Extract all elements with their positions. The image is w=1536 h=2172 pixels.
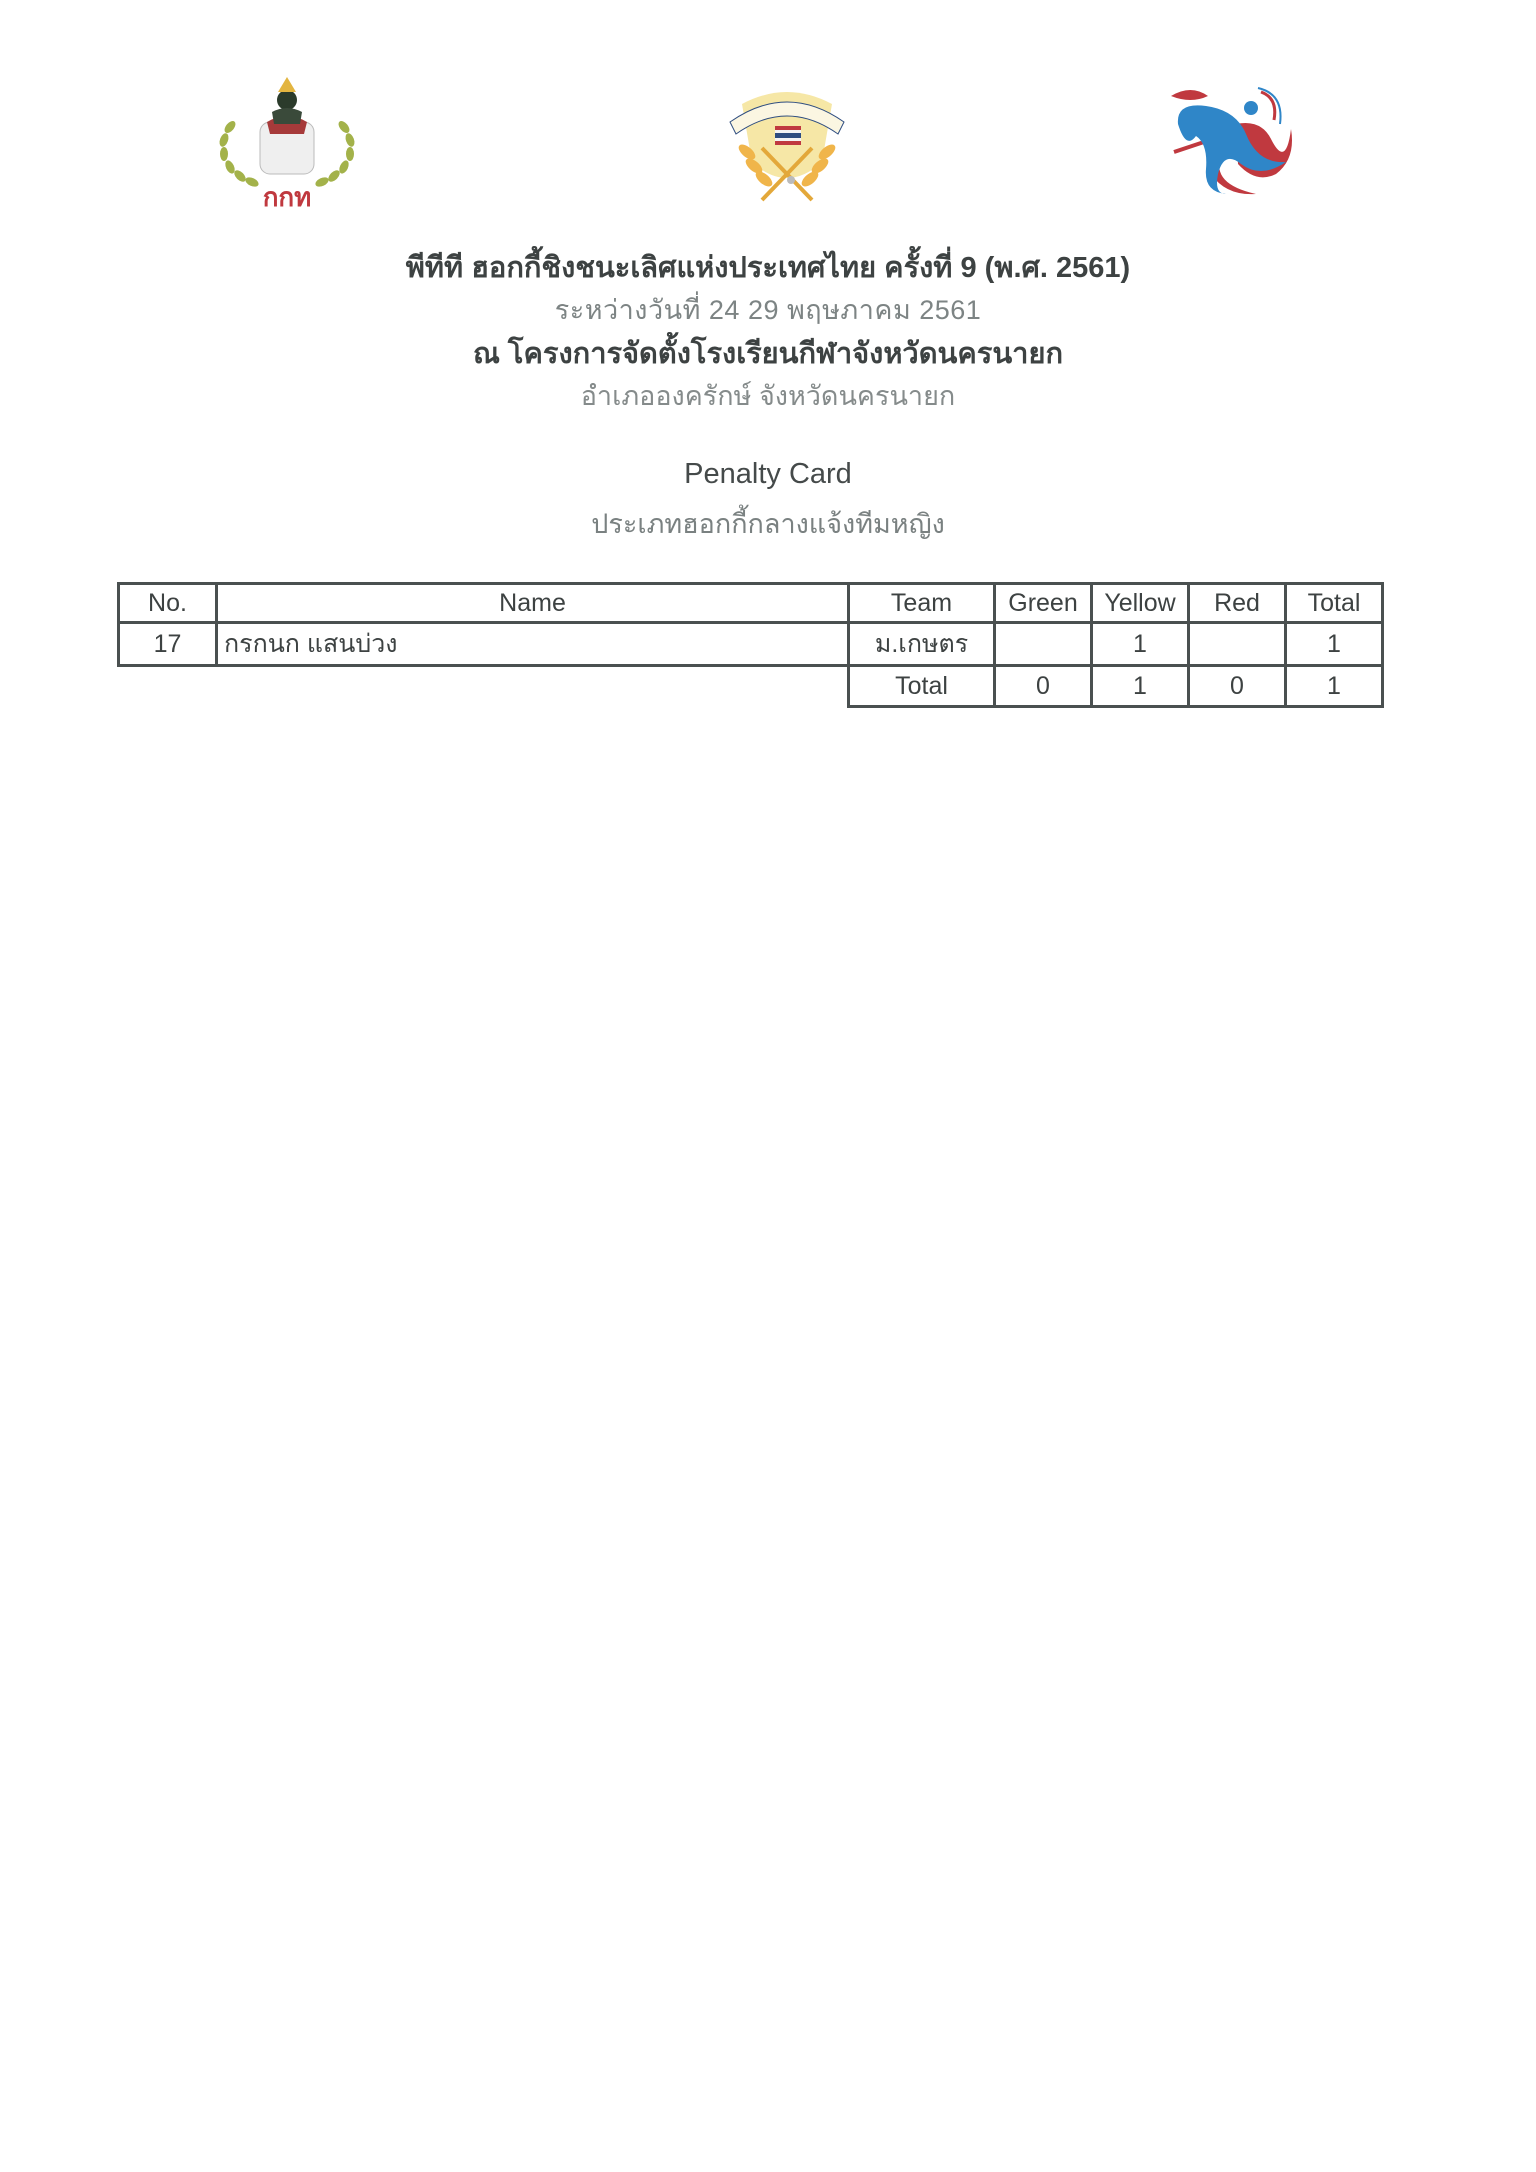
hockey-player-logo: [1166, 84, 1306, 198]
grand-total: 1: [1286, 666, 1383, 707]
report-subtitle: ประเภทฮอกกี้กลางแจ้งทีมหญิง: [0, 502, 1536, 545]
totals-label: Total: [849, 666, 995, 707]
report-title: Penalty Card: [0, 458, 1536, 491]
column-header-green: Green: [995, 584, 1092, 623]
red-total: 0: [1189, 666, 1286, 707]
player-team: ม.เกษตร: [849, 623, 995, 666]
row-total: 1: [1286, 623, 1383, 666]
championship-title: พีทีที ฮอกกี้ชิงชนะเลิศแห่งประเทศไทย ครั…: [0, 244, 1536, 290]
column-header-name: Name: [217, 584, 849, 623]
player-name: กรกนก แสนบ่วง: [217, 623, 849, 666]
column-header-no: No.: [119, 584, 217, 623]
column-header-total: Total: [1286, 584, 1383, 623]
svg-text:กกท: กกท: [263, 183, 312, 212]
green-count: [995, 623, 1092, 666]
sports-authority-logo: กกท: [212, 72, 362, 212]
totals-row: Total 0 1 0 1: [119, 666, 1383, 707]
blank-cell: [119, 666, 217, 707]
table-header-row: No. Name Team Green Yellow Red Total: [119, 584, 1383, 623]
yellow-total: 1: [1092, 666, 1189, 707]
green-total: 0: [995, 666, 1092, 707]
table-row: 17 กรกนก แสนบ่วง ม.เกษตร 1 1: [119, 623, 1383, 666]
column-header-red: Red: [1189, 584, 1286, 623]
column-header-yellow: Yellow: [1092, 584, 1189, 623]
red-count: [1189, 623, 1286, 666]
column-header-team: Team: [849, 584, 995, 623]
player-number: 17: [119, 623, 217, 666]
event-venue: ณ โครงการจัดตั้งโรงเรียนกีฬาจังหวัดนครนา…: [0, 330, 1536, 376]
blank-cell: [217, 666, 849, 707]
yellow-count: 1: [1092, 623, 1189, 666]
event-dates: ระหว่างวันที่ 24 29 พฤษภาคม 2561: [0, 288, 1536, 331]
hockey-association-logo: [712, 82, 862, 210]
event-district: อำเภอองครักษ์ จังหวัดนครนายก: [0, 374, 1536, 417]
penalty-card-table: No. Name Team Green Yellow Red Total 17 …: [117, 582, 1384, 708]
